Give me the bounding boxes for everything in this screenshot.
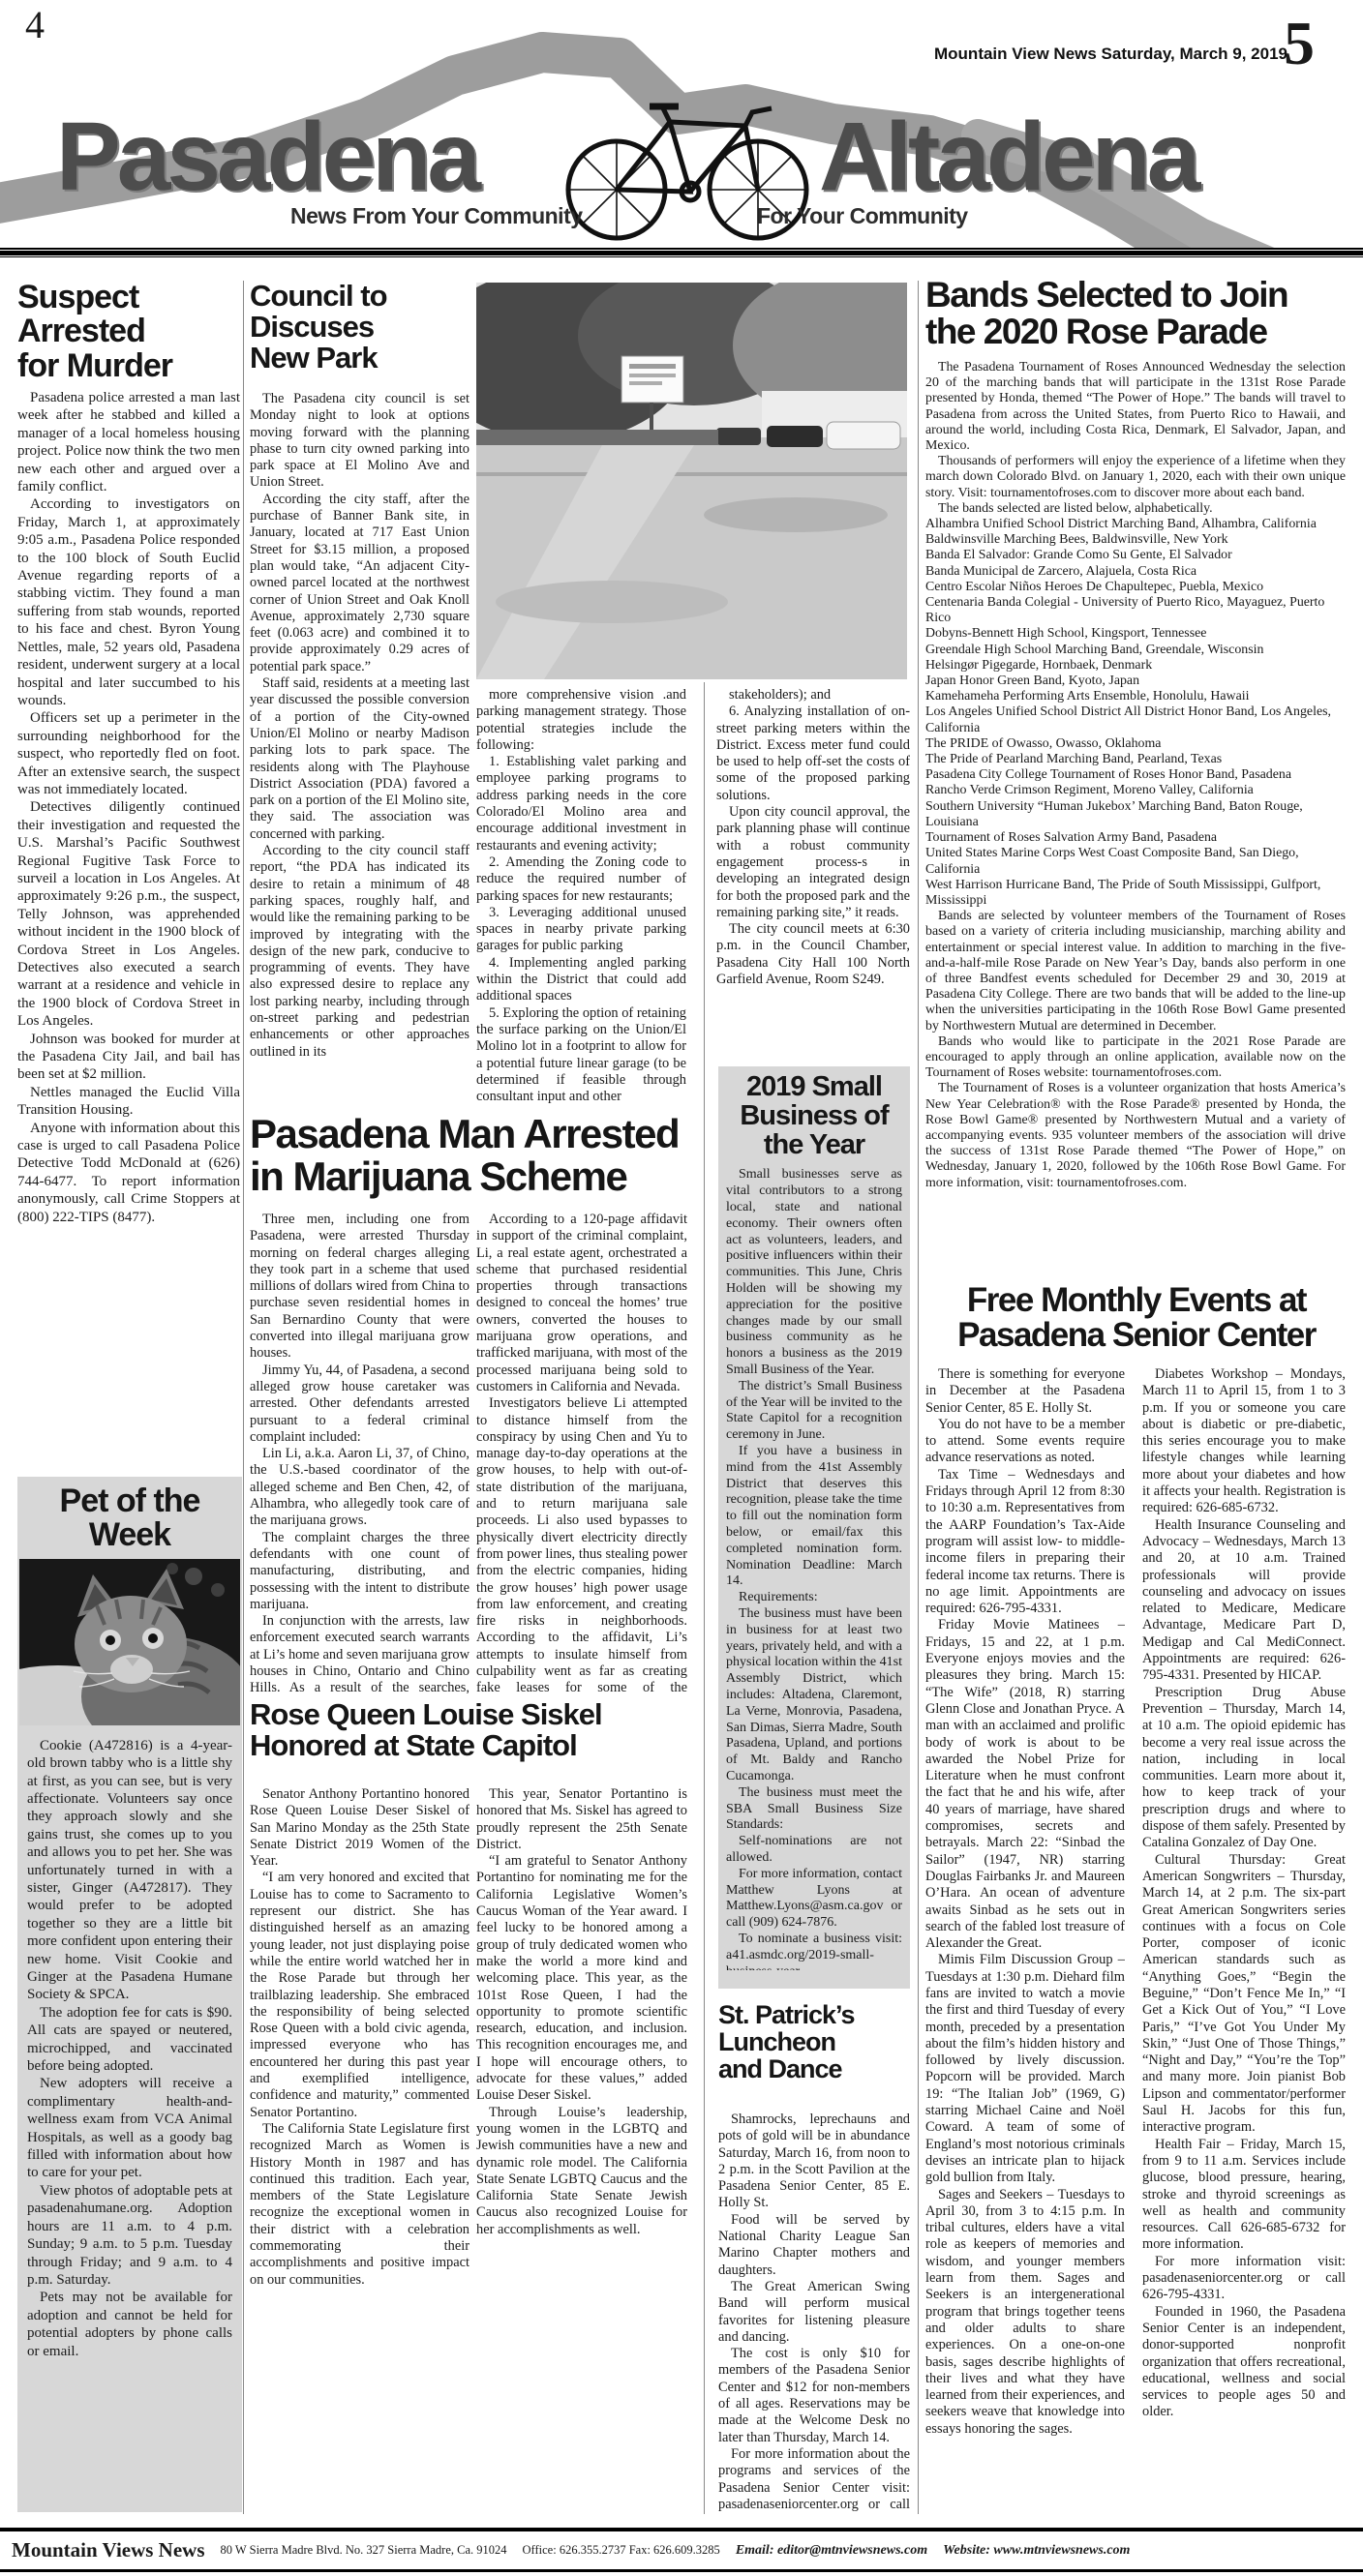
pet-photo xyxy=(19,1559,240,1725)
band-list-item: Southern University “Human Jukebox’ Marc… xyxy=(925,799,1346,830)
band-list-item: The PRIDE of Owasso, Owasso, Oklahoma xyxy=(925,736,1346,752)
column-rule xyxy=(918,281,919,2514)
paragraph: Officers set up a perimeter in the surro… xyxy=(17,709,240,798)
paragraph: 3. Leveraging additional unused spaces i… xyxy=(476,905,686,955)
band-list-item: Alhambra Unified School District Marchin… xyxy=(925,517,1346,532)
paragraph: Thousands of performers will enjoy the e… xyxy=(925,454,1346,501)
paragraph: Cookie (A472816) is a 4-year-old brown t… xyxy=(27,1737,232,2004)
article-body: Pasadena police arrested a man last week… xyxy=(17,389,240,1471)
paragraph: stakeholders); and xyxy=(716,687,910,704)
column-rule xyxy=(704,682,705,2514)
band-list-item: The Pride of Pearland Marching Band, Pea… xyxy=(925,752,1346,767)
masthead-title-left: Pasadena xyxy=(56,108,477,205)
paragraph: The business must have been in business … xyxy=(726,1606,902,1785)
paragraph: The Pasadena city council is set Monday … xyxy=(250,391,469,492)
paragraph: The Tournament of Roses is a volunteer o… xyxy=(925,1081,1346,1190)
article-headline: Bands Selected to Join the 2020 Rose Par… xyxy=(925,277,1349,351)
band-list-item: Centro Escolar Niños Heroes De Chapultep… xyxy=(925,580,1346,595)
paragraph: Investigators believe Li attempted to di… xyxy=(476,1395,687,1693)
footer-paper-name: Mountain Views News xyxy=(12,2538,205,2562)
article-headline: Rose Queen Louise Siskel Honored at Stat… xyxy=(250,1699,705,1761)
article-headline: Pet of the Week xyxy=(17,1477,242,1553)
footer-website: Website: www.mtnviewsnews.com xyxy=(943,2543,1130,2559)
paragraph: The California State Legislature first r… xyxy=(250,2121,469,2289)
paragraph: Prescription Drug Abuse Prevention – Thu… xyxy=(1142,1685,1346,1852)
band-list-item: Banda Municipal de Zarcero, Alajuela, Co… xyxy=(925,564,1346,580)
paragraph: The Great American Swing Band will perfo… xyxy=(718,2279,910,2346)
paragraph: Jimmy Yu, 44, of Pasadena, a second alle… xyxy=(250,1363,469,1446)
paragraph: For more information visit: pasadenaseni… xyxy=(1142,2254,1346,2304)
footer-email: Email: editor@mtnviewsnews.com xyxy=(736,2543,927,2559)
paragraph: The business must meet the SBA Small Bus… xyxy=(726,1785,902,1834)
paragraph: Requirements: xyxy=(726,1590,902,1606)
article-pet-of-the-week: Pet of the Week Cookie (A472816) is a 4-… xyxy=(17,1477,242,2512)
band-list-item: Greendale High School Marching Band, Gre… xyxy=(925,643,1346,658)
paragraph: For more information, contact Matthew Ly… xyxy=(726,1867,902,1932)
paragraph: The cost is only $10 for members of the … xyxy=(718,2346,910,2446)
band-list-item: Kamehameha Performing Arts Ensemble, Hon… xyxy=(925,689,1346,704)
paragraph: You do not have to be a member to attend… xyxy=(925,1417,1125,1467)
paragraph: Cultural Thursday: Great American Songwr… xyxy=(1142,1852,1346,2137)
paragraph: “I am grateful to Senator Anthony Portan… xyxy=(476,1853,687,2104)
paragraph: View photos of adoptable pets at pasaden… xyxy=(27,2182,232,2289)
paragraph: 5. Exploring the option of retaining the… xyxy=(476,1005,686,1106)
band-list-item: Los Angeles Unified School District All … xyxy=(925,704,1346,735)
article-headline: Pasadena Man Arrested in Marijuana Schem… xyxy=(250,1113,714,1197)
paragraph: Friday Movie Matinees – Fridays, 15 and … xyxy=(925,1617,1125,1952)
paragraph: Diabetes Workshop – Mondays, March 11 to… xyxy=(1142,1366,1346,1517)
page-footer: Mountain Views News 80 W Sierra Madre Bl… xyxy=(0,2528,1363,2572)
paragraph: Self-nominations are not allowed. xyxy=(726,1834,902,1867)
article-body: Cookie (A472816) is a 4-year-old brown t… xyxy=(17,1725,242,2395)
paragraph: 1. Establishing valet parking and employ… xyxy=(476,754,686,854)
paragraph: The district’s Small Business of the Yea… xyxy=(726,1379,902,1444)
article-body: Shamrocks, leprechauns and pots of gold … xyxy=(718,2112,910,2512)
paragraph: Upon city council approval, the park pla… xyxy=(716,804,910,921)
paragraph: 4. Implementing angled parking within th… xyxy=(476,955,686,1005)
article-column: This year, Senator Portantino is honored… xyxy=(476,1786,687,2510)
tagline-left: News From Your Community xyxy=(290,203,583,229)
paragraph: “I am very honored and excited that Loui… xyxy=(250,1870,469,2120)
article-column: Three men, including one from Pasadena, … xyxy=(250,1212,469,1693)
paragraph: Mimis Film Discussion Group – Tuesdays a… xyxy=(925,1952,1125,2186)
article-headline: Free Monthly Events at Pasadena Senior C… xyxy=(925,1283,1348,1354)
masthead: Pasadena Altadena News From Your Communi… xyxy=(0,0,1363,248)
bands-intro: The Pasadena Tournament of Roses Announc… xyxy=(925,360,1346,517)
paragraph: Senator Anthony Portantino honored Rose … xyxy=(250,1786,469,1870)
band-list-item: Centenaria Banda Colegial - University o… xyxy=(925,595,1346,626)
paragraph: Founded in 1960, the Pasadena Senior Cen… xyxy=(1142,2304,1346,2421)
article-column: Diabetes Workshop – Mondays, March 11 to… xyxy=(1142,1366,1346,2512)
paragraph: Food will be served by National Charity … xyxy=(718,2212,910,2279)
paragraph: The adoption fee for cats is $90. All ca… xyxy=(27,2004,232,2076)
article-column: stakeholders); and6. Analyzing installat… xyxy=(716,687,910,1064)
paragraph: Shamrocks, leprechauns and pots of gold … xyxy=(718,2112,910,2212)
band-list-item: Japan Honor Green Band, Kyoto, Japan xyxy=(925,674,1346,689)
paragraph: Anyone with information about this case … xyxy=(17,1120,240,1226)
footer-phones: Office: 626.355.2737 Fax: 626.609.3285 xyxy=(523,2543,720,2558)
paragraph: Health Insurance Counseling and Advocacy… xyxy=(1142,1517,1346,1685)
band-list-item: United States Marine Corps West Coast Co… xyxy=(925,846,1346,877)
paragraph: The Pasadena Tournament of Roses Announc… xyxy=(925,360,1346,454)
article-headline: Suspect Arrested for Murder xyxy=(17,281,226,383)
paragraph: To nominate a business visit: a41.asmdc.… xyxy=(726,1932,902,1971)
paragraph: Pets may not be available for adoption a… xyxy=(27,2289,232,2360)
article-column: Senator Anthony Portantino honored Rose … xyxy=(250,1786,469,2510)
paragraph: Nettles managed the Euclid Villa Transit… xyxy=(17,1084,240,1120)
paragraph: Tax Time – Wednesdays and Fridays throug… xyxy=(925,1467,1125,1618)
paragraph: Three men, including one from Pasadena, … xyxy=(250,1212,469,1363)
paragraph: In conjunction with the arrests, law enf… xyxy=(250,1613,469,1693)
column-rule xyxy=(243,281,244,2514)
article-small-business: 2019 Small Business of the Year Small bu… xyxy=(718,1066,910,1989)
band-list-item: Baldwinsville Marching Bees, Baldwinsvil… xyxy=(925,532,1346,548)
bands-outro: Bands are selected by volunteer members … xyxy=(925,909,1346,1191)
band-list-item: Rancho Verde Crimson Regiment, Moreno Va… xyxy=(925,783,1346,798)
newspaper-page: 4 5 Mountain View News Saturday, March 9… xyxy=(0,0,1363,2576)
article-headline: St. Patrick’s Luncheon and Dance xyxy=(718,2001,910,2082)
paragraph: According to a 120-page affidavit in sup… xyxy=(476,1212,687,1395)
article-column: more comprehensive vision .and parking m… xyxy=(476,687,686,1109)
article-headline: Council to Discuses New Park xyxy=(250,281,472,374)
paragraph: 2. Amending the Zoning code to reduce th… xyxy=(476,854,686,905)
masthead-title-right: Altadena xyxy=(819,108,1196,205)
paragraph: The city council meets at 6:30 p.m. in t… xyxy=(716,921,910,988)
band-list-item: Pasadena City College Tournament of Rose… xyxy=(925,767,1346,783)
bands-list: Alhambra Unified School District Marchin… xyxy=(925,517,1346,909)
paragraph: Bands who would like to participate in t… xyxy=(925,1034,1346,1082)
band-list-item: Helsingør Pigegarde, Hornbaek, Denmark xyxy=(925,658,1346,674)
paragraph: Pasadena police arrested a man last week… xyxy=(17,389,240,495)
article-body: Small businesses serve as vital contribu… xyxy=(726,1167,902,1970)
article-column: According to a 120-page affidavit in sup… xyxy=(476,1212,687,1693)
tagline-right: For Your Community xyxy=(757,203,968,229)
paragraph: Health Fair – Friday, March 15, from 9 t… xyxy=(1142,2137,1346,2254)
parking-lot-photo xyxy=(476,283,907,679)
paragraph: According the city staff, after the purc… xyxy=(250,492,469,675)
paragraph: According to investigators on Friday, Ma… xyxy=(17,495,240,709)
paragraph: Lin Li, a.k.a. Aaron Li, 37, of Chino, t… xyxy=(250,1446,469,1529)
paragraph: This year, Senator Portantino is honored… xyxy=(476,1786,687,1853)
paragraph: Staff said, residents at a meeting last … xyxy=(250,675,469,843)
band-list-item: Dobyns-Bennett High School, Kingsport, T… xyxy=(925,626,1346,642)
paragraph: Detectives diligently continued their in… xyxy=(17,798,240,1030)
paragraph: Johnson was booked for murder at the Pas… xyxy=(17,1031,240,1084)
paragraph: The bands selected are listed below, alp… xyxy=(925,501,1346,517)
band-list-item: West Harrison Hurricane Band, The Pride … xyxy=(925,878,1346,909)
paragraph: If you have a business in mind from the … xyxy=(726,1444,902,1590)
paragraph: more comprehensive vision .and parking m… xyxy=(476,687,686,754)
article-column: There is something for everyone in Decem… xyxy=(925,1366,1125,2512)
paragraph: There is something for everyone in Decem… xyxy=(925,1366,1125,1417)
paragraph: Sages and Seekers – Tuesdays to April 30… xyxy=(925,2187,1125,2438)
article-headline: 2019 Small Business of the Year xyxy=(726,1072,902,1159)
paragraph: 6. Analyzing installation of on-street p… xyxy=(716,704,910,804)
article-body: The Pasadena Tournament of Roses Announc… xyxy=(925,360,1346,1279)
paragraph: Through Louise’s leadership, young women… xyxy=(476,2105,687,2238)
paragraph: New adopters will receive a complimentar… xyxy=(27,2075,232,2181)
paragraph: For more information about the programs … xyxy=(718,2446,910,2512)
band-list-item: Banda El Salvador: Grande Como Su Gente,… xyxy=(925,548,1346,563)
band-list-item: Tournament of Roses Salvation Army Band,… xyxy=(925,830,1346,846)
paragraph: The complaint charges the three defendan… xyxy=(250,1530,469,1613)
paragraph: Small businesses serve as vital contribu… xyxy=(726,1167,902,1378)
masthead-divider-rule xyxy=(0,248,1363,259)
footer-address: 80 W Sierra Madre Blvd. No. 327 Sierra M… xyxy=(221,2543,507,2558)
paragraph: Bands are selected by volunteer members … xyxy=(925,909,1346,1034)
article-column: The Pasadena city council is set Monday … xyxy=(250,391,469,1109)
paragraph: According to the city council staff repo… xyxy=(250,843,469,1061)
